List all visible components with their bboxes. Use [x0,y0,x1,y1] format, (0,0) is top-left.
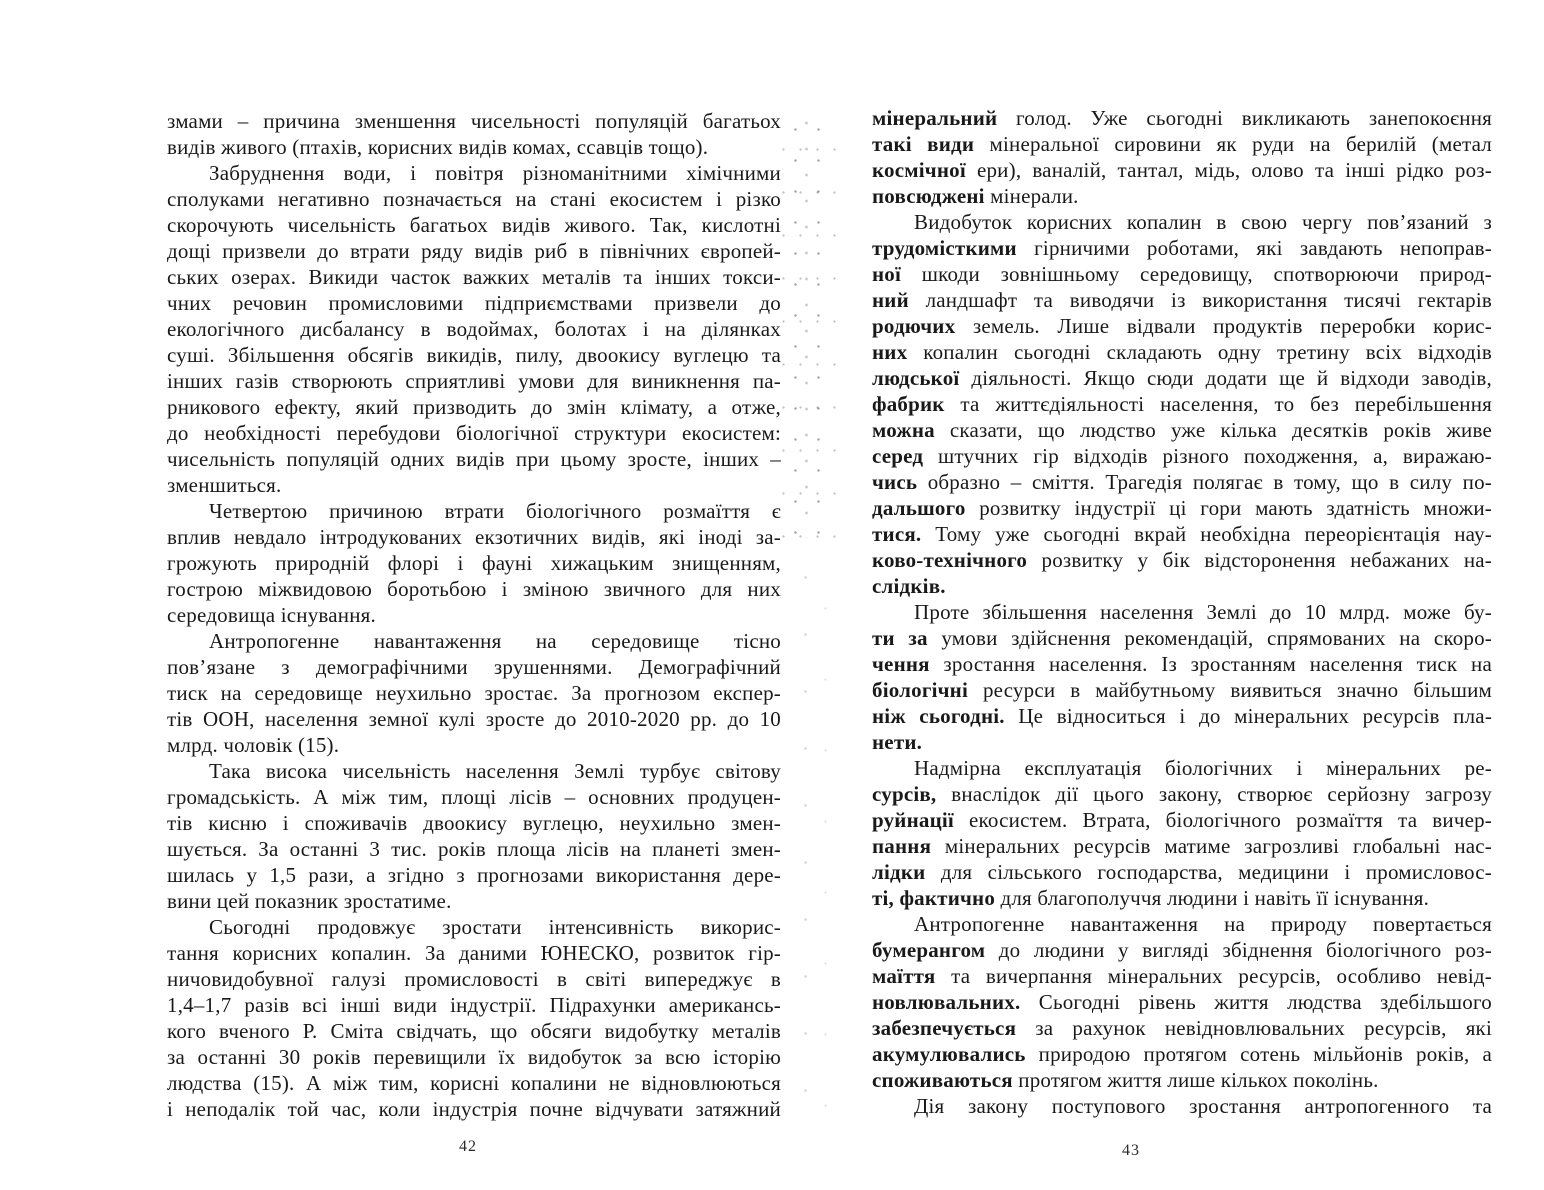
page-42: змами – причина зменшення чисельності по… [167,108,781,1122]
text-line: Така висока чисельність населення Землі … [167,758,781,784]
bold-scan-word: повсюджені [872,184,985,208]
text-line: рникового ефекту, який призводить до змі… [167,394,781,420]
bold-scan-word: бумерангом [872,938,985,962]
text-line: акумулювались природою протягом сотень м… [872,1041,1492,1067]
text-line: сурсів, внаслідок дії цього закону, ство… [872,781,1492,807]
text-line: гострою міжвидовою боротьбою і зміною зв… [167,576,781,602]
text-line: вини цей показник зростатиме. [167,888,781,914]
text-line: 1,4–1,7 разів всі інші види індустрії. П… [167,992,781,1018]
text-line: грожують природній флорі і фауні хижацьк… [167,550,781,576]
bold-scan-word: ної [872,262,901,286]
page-number-42: 42 [459,1138,477,1156]
bold-scan-word: руйнації [872,808,954,832]
bold-scan-word: ніж сьогодні. [872,704,1005,728]
text-line: ної шкоди зовнішньому середовищу, спотво… [872,261,1492,287]
bold-scan-word: тися. [872,522,921,546]
bold-scan-word: біологічні [872,678,968,702]
text-line: споживаються протягом життя лише кількох… [872,1067,1492,1093]
text-line: руйнації екосистем. Втрата, біологічного… [872,807,1492,833]
text-line: шилась у 1,5 рази, а згідно з прогнозами… [167,862,781,888]
text-line: шується. За останні 3 тис. років площа л… [167,836,781,862]
text-line: суші. Збільшення обсягів викидів, пилу, … [167,342,781,368]
bold-scan-word: споживаються [872,1068,1013,1092]
text-line: тання корисних копалин. За даними ЮНЕСКО… [167,940,781,966]
bold-scan-word: акумулювались [872,1042,1026,1066]
text-line: серед штучних гір відходів різного поход… [872,443,1492,469]
bold-scan-word: новлювальних. [872,990,1020,1014]
text-line: кого вченого Р. Сміта свідчать, що обсяг… [167,1018,781,1044]
text-line: родючих земель. Лише відвали продуктів п… [872,313,1492,339]
bold-scan-word: ний [872,288,909,312]
spine-shadow-noise-tail [784,540,834,1140]
text-line: середовища існування. [167,602,781,628]
text-line: такі види мінеральної сировини як руди н… [872,131,1492,157]
page-number-43: 43 [1122,1142,1140,1160]
text-line: скорочують чисельність багатьох видів жи… [167,212,781,238]
text-line: Проте збільшення населення Землі до 10 м… [872,599,1492,625]
text-line: інших газів створюють сприятливі умови д… [167,368,781,394]
text-line: бумерангом до людини у вигляді збіднення… [872,937,1492,963]
text-line: видів живого (птахів, корисних видів ком… [167,134,781,160]
bold-scan-word: дальшого [872,496,966,520]
text-line: Забруднення води, і повітря різноманітни… [167,160,781,186]
text-line: ніж сьогодні. Це відноситься і до мінера… [872,703,1492,729]
bold-scan-word: трудомісткими [872,236,1017,260]
bold-scan-word: маїття [872,964,935,988]
bold-scan-word: ті, фактично [872,886,995,910]
bold-scan-word: сурсів, [872,782,936,806]
text-line: дальшого розвитку індустрії ці гори мают… [872,495,1492,521]
text-line: екологічного дисбалансу в водоймах, боло… [167,316,781,342]
bold-scan-word: людської [872,366,959,390]
text-line: млрд. чоловік (15). [167,732,781,758]
text-line: ти за умови здійснення рекомендацій, спр… [872,625,1492,651]
text-line: зменшиться. [167,472,781,498]
text-line: сполуками негативно позначається на стан… [167,186,781,212]
text-line: новлювальних. Сьогодні рівень життя людс… [872,989,1492,1015]
bold-scan-word: серед [872,444,923,468]
text-line: ний ландшафт та виводячи із використання… [872,287,1492,313]
text-line: Сьогодні продовжує зростати інтенсивніст… [167,914,781,940]
text-line: Видобуток корисних копалин в свою чергу … [872,209,1492,235]
text-line: пання мінеральних ресурсів матиме загроз… [872,833,1492,859]
text-line: чись образно – сміття. Трагедія полягає … [872,469,1492,495]
text-line: слідків. [872,573,1492,599]
text-line: за останні 30 років перевищили їх видобу… [167,1044,781,1070]
bold-scan-word: чись [872,470,917,494]
text-line: дощі призвели до втрати ряду видів риб в… [167,238,781,264]
text-line: ті, фактично для благополуччя людини і н… [872,885,1492,911]
bold-scan-word: можна [872,418,935,442]
text-line: лідки для сільського господарства, медиц… [872,859,1492,885]
text-line: вплив невдало інтродукованих екзотичних … [167,524,781,550]
bold-scan-word: фабрик [872,392,945,416]
text-line: мінеральний голод. Уже сьогодні викликаю… [872,105,1492,131]
text-line: ських озерах. Викиди часток важких метал… [167,264,781,290]
text-line: громадськість. А між тим, площі лісів – … [167,784,781,810]
bold-scan-word: лідки [872,860,925,884]
text-line: тів ООН, населення земної кулі зросте до… [167,706,781,732]
bold-scan-word: ти за [872,626,928,650]
bold-scan-word: космічної [872,158,966,182]
text-line: Антропогенне навантаження на середовище … [167,628,781,654]
bold-scan-word: слідків. [872,574,946,598]
text-line: ково-технічного розвитку у бік відсторон… [872,547,1492,573]
scanned-book-spread: змами – причина зменшення чисельності по… [0,0,1544,1190]
text-line: тиск на середовище неухильно зростає. За… [167,680,781,706]
text-line: маїття та вичерпання мінеральних ресурсі… [872,963,1492,989]
text-line: Четвертою причиною втрати біологічного р… [167,498,781,524]
page-43-text-block: мінеральний голод. Уже сьогодні викликаю… [872,105,1492,1119]
text-line: повсюджені мінерали. [872,183,1492,209]
text-line: чних речовин промисловими підприємствами… [167,290,781,316]
text-line: нети. [872,729,1492,755]
text-line: ничовидобувної галузі промисловості в св… [167,966,781,992]
text-line: тів кисню і споживачів двоокису вуглецю,… [167,810,781,836]
bold-scan-word: такі види [872,132,974,156]
text-line: можна сказати, що людство уже кілька дес… [872,417,1492,443]
text-line: Антропогенне навантаження на природу пов… [872,911,1492,937]
text-line: космічної ери), ваналій, тантал, мідь, о… [872,157,1492,183]
text-line: людства (15). А між тим, корисні копалин… [167,1070,781,1096]
text-line: пов’язане з демографічними зрушеннями. Д… [167,654,781,680]
page-42-text-block: змами – причина зменшення чисельності по… [167,108,781,1122]
text-line: і неподалік той час, коли індустрія почн… [167,1096,781,1122]
text-line: Дія закону поступового зростання антропо… [872,1093,1492,1119]
text-line: трудомісткими гірничими роботами, які за… [872,235,1492,261]
bold-scan-word: ково-технічного [872,548,1027,572]
text-line: фабрик та життєдіяльності населення, то … [872,391,1492,417]
bold-scan-word: пання [872,834,931,858]
text-line: біологічні ресурси в майбутньому виявить… [872,677,1492,703]
spine-shadow-noise [780,108,838,538]
text-line: чення зростання населення. Із зростанням… [872,651,1492,677]
text-line: них копалин сьогодні складають одну трет… [872,339,1492,365]
bold-scan-word: родючих [872,314,955,338]
text-line: людської діяльності. Якщо сюди додати ще… [872,365,1492,391]
bold-scan-word: чення [872,652,930,676]
text-line: чисельність популяцій одних видів при ць… [167,446,781,472]
text-line: змами – причина зменшення чисельності по… [167,108,781,134]
bold-scan-word: них [872,340,907,364]
text-line: забезпечується за рахунок невідновлюваль… [872,1015,1492,1041]
page-43: мінеральний голод. Уже сьогодні викликаю… [872,105,1492,1119]
bold-scan-word: забезпечується [872,1016,1016,1040]
bold-scan-word: мінеральний [872,106,997,130]
text-line: до необхідності перебудови біологічної с… [167,420,781,446]
text-line: тися. Тому уже сьогодні вкрай необхідна … [872,521,1492,547]
text-line: Надмірна експлуатація біологічних і міне… [872,755,1492,781]
bold-scan-word: нети. [872,730,922,754]
